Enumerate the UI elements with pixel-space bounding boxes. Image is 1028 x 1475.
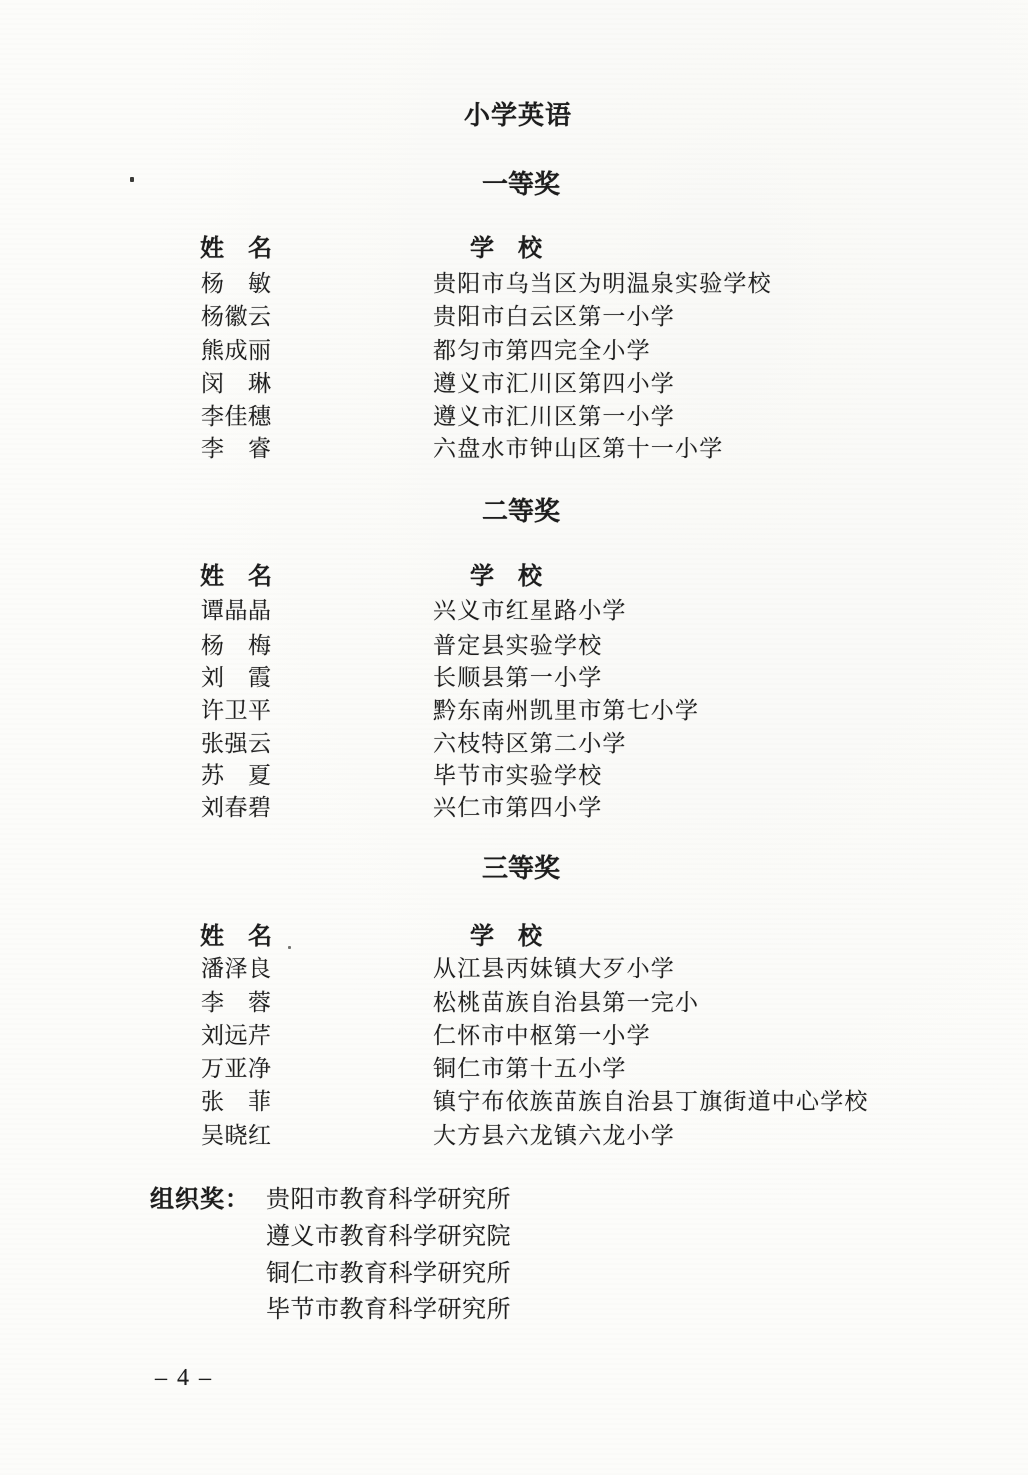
prize-heading-second: 二等奖	[482, 497, 560, 527]
organization-award-item: 遵义市教育科学研究院	[266, 1223, 511, 1251]
winner-school: 仁怀市中枢第一小学	[433, 1022, 651, 1049]
winner-name: 刘远芹	[201, 1022, 272, 1049]
scan-speck	[130, 177, 134, 182]
table-row: 杨徽云 贵阳市白云区第一小学	[0, 303, 1028, 333]
winner-name: 许卫平	[201, 697, 272, 724]
winner-school: 贵阳市白云区第一小学	[433, 303, 675, 330]
winner-name: 苏 夏	[201, 762, 272, 789]
table-row: 李 睿 六盘水市钟山区第十一小学	[0, 435, 1028, 465]
winner-name: 杨徽云	[201, 303, 272, 330]
winner-school: 毕节市实验学校	[433, 762, 602, 789]
prize-heading-first: 一等奖	[482, 170, 560, 200]
winner-school: 都匀市第四完全小学	[433, 337, 651, 364]
winner-school: 松桃苗族自治县第一完小	[433, 989, 699, 1016]
document-title: 小学英语	[464, 100, 572, 132]
column-header-school: 学 校	[470, 235, 542, 263]
table-row: 谭晶晶 兴义市红星路小学	[0, 597, 1028, 627]
winner-name: 刘春碧	[201, 794, 272, 821]
winner-school: 六枝特区第二小学	[433, 730, 627, 757]
winner-name: 杨 梅	[201, 632, 272, 659]
table-row: 杨 敏 贵阳市乌当区为明温泉实验学校	[0, 270, 1028, 300]
organization-award-item: 铜仁市教育科学研究所	[266, 1260, 511, 1288]
table-row: 许卫平 黔东南州凯里市第七小学	[0, 697, 1028, 727]
scan-speck	[288, 946, 291, 949]
winner-name: 熊成丽	[201, 337, 272, 364]
winner-name: 闵 琳	[201, 370, 272, 397]
prize-heading-third: 三等奖	[482, 854, 560, 884]
column-header-school: 学 校	[470, 923, 542, 951]
table-row: 吴晓红 大方县六龙镇六龙小学	[0, 1122, 1028, 1152]
winner-name: 张 菲	[201, 1088, 272, 1115]
winner-name: 潘泽良	[201, 955, 272, 982]
column-header-school: 学 校	[470, 563, 542, 591]
winner-name: 万亚净	[201, 1055, 272, 1082]
winner-school: 贵阳市乌当区为明温泉实验学校	[433, 270, 772, 297]
winner-name: 李佳穗	[201, 403, 272, 430]
winner-name: 李 蓉	[201, 989, 272, 1016]
column-header-row: 姓 名 学 校	[0, 235, 1028, 265]
table-row: 李 蓉 松桃苗族自治县第一完小	[0, 989, 1028, 1019]
winner-school: 长顺县第一小学	[433, 664, 602, 691]
winner-school: 遵义市汇川区第一小学	[433, 403, 675, 430]
table-row: 熊成丽 都匀市第四完全小学	[0, 337, 1028, 367]
winner-school: 兴义市红星路小学	[433, 597, 627, 624]
column-header-name: 姓 名	[200, 235, 272, 263]
winner-school: 从江县丙妹镇大歹小学	[433, 955, 675, 982]
table-row: 刘春碧 兴仁市第四小学	[0, 794, 1028, 824]
scanned-document-page: 小学英语 一等奖 姓 名 学 校 杨 敏 贵阳市乌当区为明温泉实验学校 杨徽云 …	[0, 0, 1028, 1475]
winner-school: 黔东南州凯里市第七小学	[433, 697, 699, 724]
table-row: 潘泽良 从江县丙妹镇大歹小学	[0, 955, 1028, 985]
table-row: 杨 梅 普定县实验学校	[0, 632, 1028, 662]
table-row: 张强云 六枝特区第二小学	[0, 730, 1028, 760]
table-row: 苏 夏 毕节市实验学校	[0, 762, 1028, 792]
table-row: 刘 霞 长顺县第一小学	[0, 664, 1028, 694]
winner-school: 铜仁市第十五小学	[433, 1055, 627, 1082]
column-header-row: 姓 名 学 校	[0, 923, 1028, 953]
column-header-name: 姓 名	[200, 563, 272, 591]
column-header-row: 姓 名 学 校	[0, 563, 1028, 593]
winner-name: 杨 敏	[201, 270, 272, 297]
winner-school: 六盘水市钟山区第十一小学	[433, 435, 723, 462]
table-row: 张 菲 镇宁布依族苗族自治县丁旗街道中心学校	[0, 1088, 1028, 1118]
winner-school: 兴仁市第四小学	[433, 794, 602, 821]
table-row: 李佳穗 遵义市汇川区第一小学	[0, 403, 1028, 433]
organization-award-label: 组织奖：	[150, 1186, 250, 1214]
winner-name: 吴晓红	[201, 1122, 272, 1149]
winner-name: 张强云	[201, 730, 272, 757]
winner-name: 李 睿	[201, 435, 272, 462]
winner-school: 普定县实验学校	[433, 632, 602, 659]
page-number: – 4 –	[155, 1364, 213, 1392]
table-row: 闵 琳 遵义市汇川区第四小学	[0, 370, 1028, 400]
winner-name: 谭晶晶	[201, 597, 272, 624]
organization-award-item: 贵阳市教育科学研究所	[266, 1186, 511, 1214]
organization-award-item: 毕节市教育科学研究所	[266, 1296, 511, 1324]
winner-school: 大方县六龙镇六龙小学	[433, 1122, 675, 1149]
column-header-name: 姓 名	[200, 923, 272, 951]
table-row: 刘远芹 仁怀市中枢第一小学	[0, 1022, 1028, 1052]
winner-name: 刘 霞	[201, 664, 272, 691]
winner-school: 镇宁布依族苗族自治县丁旗街道中心学校	[433, 1088, 869, 1115]
table-row: 万亚净 铜仁市第十五小学	[0, 1055, 1028, 1085]
winner-school: 遵义市汇川区第四小学	[433, 370, 675, 397]
